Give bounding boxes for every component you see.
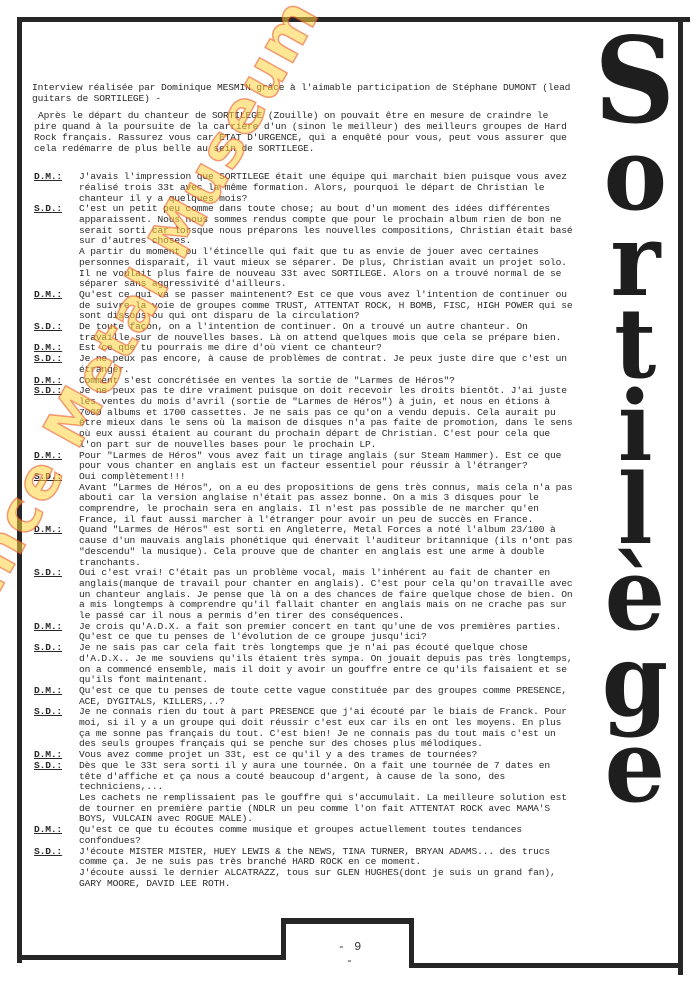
- speaker-text: C'est un petit peu comme dans toute chos…: [79, 204, 576, 290]
- interview-entry: S.D.:Oui c'est vrai! C'était pas un prob…: [56, 568, 576, 622]
- speaker-text: Oui complètement!!! Avant "Larmes de Hér…: [79, 472, 576, 526]
- speaker-label: D.M.:: [34, 825, 69, 846]
- speaker-text: J'avais l'impression que SORTILEGE était…: [79, 172, 576, 204]
- interview-entry: D.M.:Pour "Larmes de Héros" vous avez fa…: [56, 451, 576, 472]
- speaker-label: D.M.:: [34, 290, 69, 322]
- speaker-text: Quand "Larmes de Héros" est sorti en Ang…: [79, 525, 576, 568]
- speaker-text: De toute façon, on a l'intention de cont…: [79, 322, 576, 343]
- interview-entry: S.D.:Oui complètement!!! Avant "Larmes d…: [56, 472, 576, 526]
- speaker-label: S.D.:: [34, 761, 69, 825]
- page-number: - 9 -: [330, 940, 370, 968]
- interview-entry: S.D.:C'est un petit peu comme dans toute…: [56, 204, 576, 290]
- interview-entry: S.D.:De toute façon, on a l'intention de…: [56, 322, 576, 343]
- lead-paragraph: Après le départ du chanteur de SORTILEGE…: [34, 111, 574, 154]
- interview-entry: D.M.:Qu'est ce que tu penses de toute ce…: [56, 686, 576, 707]
- interview-entry: S.D.:Dès que le 33t sera sorti il y aura…: [56, 761, 576, 825]
- interview-credit: Interview réalisée par Dominique MESMIN …: [32, 83, 572, 104]
- speaker-label: D.M.:: [34, 172, 69, 204]
- speaker-text: Je ne sais pas car cela fait très longte…: [79, 643, 576, 686]
- speaker-text: Je ne peux pas te dire vraiment puisque …: [79, 386, 576, 450]
- speaker-text: J'écoute MISTER MISTER, HUEY LEWIS & the…: [79, 847, 576, 890]
- page-tab-top: [281, 918, 414, 924]
- interview-list: D.M.:J'avais l'impression que SORTILEGE …: [56, 172, 576, 889]
- speaker-text: Je crois qu'A.D.X. a fait son premier co…: [79, 622, 576, 643]
- interview-entry: S.D.:Je ne connais rien du tout à part P…: [56, 707, 576, 750]
- speaker-label: S.D.:: [34, 568, 69, 622]
- speaker-label: S.D.:: [34, 643, 69, 686]
- speaker-label: D.M.:: [34, 686, 69, 707]
- interview-entry: D.M.:Qu'est ce que tu écoutes comme musi…: [56, 825, 576, 846]
- interview-entry: D.M.:J'avais l'impression que SORTILEGE …: [56, 172, 576, 204]
- interview-entry: D.M.:Qu'est ce qui va se passer maintene…: [56, 290, 576, 322]
- page-tab-left: [281, 920, 286, 960]
- speaker-label: D.M.:: [34, 622, 69, 643]
- interview-entry: S.D.:Je ne peux pas te dire vraiment pui…: [56, 386, 576, 450]
- speaker-label: S.D.:: [34, 322, 69, 343]
- speaker-label: S.D.:: [34, 707, 69, 750]
- speaker-label: S.D.:: [34, 386, 69, 450]
- frame-border-bottom-left: [17, 955, 284, 960]
- speaker-text: Qu'est ce que tu penses de toute cette v…: [79, 686, 576, 707]
- speaker-text: Je ne connais rien du tout à part PRESEN…: [79, 707, 576, 750]
- speaker-label: S.D.:: [34, 354, 69, 375]
- speaker-label: D.M.:: [34, 451, 69, 472]
- interview-entry: S.D.:Je ne peux pas encore, à cause de p…: [56, 354, 576, 375]
- interview-entry: D.M.:Je crois qu'A.D.X. a fait son premi…: [56, 622, 576, 643]
- speaker-text: Pour "Larmes de Héros" vous avez fait un…: [79, 451, 576, 472]
- interview-entry: S.D.:J'écoute MISTER MISTER, HUEY LEWIS …: [56, 847, 576, 890]
- speaker-label: S.D.:: [34, 472, 69, 526]
- frame-border-left: [17, 17, 22, 963]
- page-tab-right: [409, 920, 414, 968]
- interview-entry: S.D.:Je ne sais pas car cela fait très l…: [56, 643, 576, 686]
- speaker-text: Oui c'est vrai! C'était pas un problème …: [79, 568, 576, 622]
- speaker-label: S.D.:: [34, 847, 69, 890]
- band-title-vertical: S o r t i l è g e: [590, 30, 680, 809]
- speaker-text: Je ne peux pas encore, à cause de problè…: [79, 354, 576, 375]
- frame-border-bottom-right: [410, 963, 683, 968]
- title-letter: e: [605, 723, 665, 809]
- speaker-text: Qu'est ce que tu écoutes comme musique e…: [79, 825, 576, 846]
- speaker-text: Qu'est ce qui va se passer maintenent? E…: [79, 290, 576, 322]
- interview-entry: D.M.:Quand "Larmes de Héros" est sorti e…: [56, 525, 576, 568]
- article-body: Interview réalisée par Dominique MESMIN …: [56, 83, 576, 889]
- frame-border-top: [20, 17, 690, 22]
- speaker-text: Dès que le 33t sera sorti il y aura une …: [79, 761, 576, 825]
- speaker-label: S.D.:: [34, 204, 69, 290]
- speaker-label: D.M.:: [34, 525, 69, 568]
- article-intro: Interview réalisée par Dominique MESMIN …: [56, 83, 576, 154]
